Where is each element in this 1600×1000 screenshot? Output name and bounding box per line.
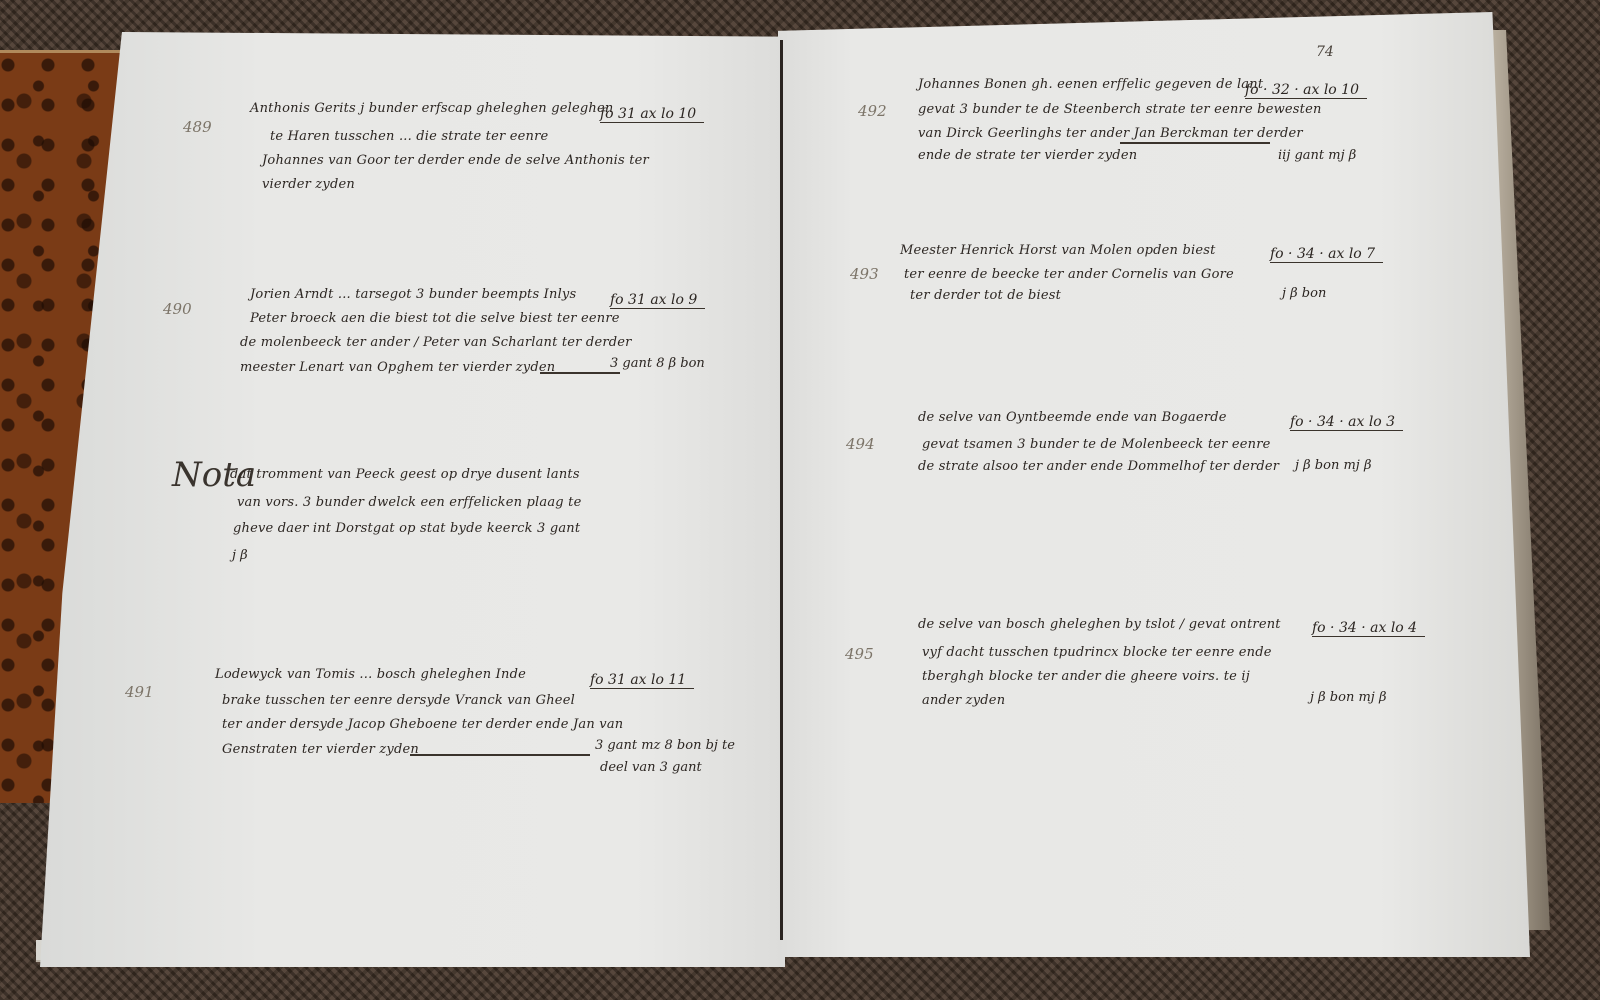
entry-line: vierder zyden [262, 172, 355, 197]
entry-line: meester Lenart van Opghem ter vierder zy… [240, 355, 555, 380]
amount-continued: deel van 3 gant [600, 760, 702, 775]
entry-line: ander zyden [922, 688, 1005, 713]
amount: j β bon [1282, 286, 1326, 301]
folio-reference: fo · 34 · ax lo 7 [1270, 246, 1383, 263]
entry-line: Meester Henrick Horst van Molen opden bi… [900, 238, 1216, 263]
folio-reference: fo 31 ax lo 11 [590, 672, 694, 689]
amount: iij gant mj β [1278, 148, 1356, 163]
entry-line: vyf dacht tusschen tpudrincx blocke ter … [922, 640, 1272, 665]
folio-number: 74 [1316, 44, 1334, 60]
entry-line: brake tusschen ter eenre dersyde Vranck … [222, 688, 575, 713]
amount: j β bon mj β [1295, 458, 1371, 473]
entry-line: de strate alsoo ter ander ende Dommelhof… [918, 454, 1279, 479]
folio-reference: fo 31 ax lo 9 [610, 292, 705, 309]
folio-reference: fo · 34 · ax lo 3 [1290, 414, 1403, 431]
entry-line: ende de strate ter vierder zyden [918, 143, 1137, 168]
entry-line: van vors. 3 bunder dwelck een erffelicke… [237, 490, 581, 515]
entry-number: 489 [183, 118, 212, 136]
entry-line: Johannes Bonen gh. eenen erffelic gegeve… [918, 72, 1263, 97]
entry-line: de selve van Oyntbeemde ende van Bogaerd… [918, 405, 1227, 430]
folio-reference: fo · 34 · ax lo 4 [1312, 620, 1425, 637]
right-page [778, 12, 1530, 957]
entry-number: 493 [850, 265, 879, 283]
entry-line: gevat 3 bunder te de Steenberch strate t… [918, 97, 1322, 122]
entry-line: Jorien Arndt ... tarsegot 3 bunder beemp… [250, 282, 576, 307]
entry-line: ter ander dersyde Jacop Gheboene ter der… [222, 712, 623, 737]
amount: 3 gant mz 8 bon bj te [595, 738, 735, 753]
entry-line: de molenbeeck ter ander / Peter van Scha… [240, 330, 632, 355]
entry-line: Lodewyck van Tomis ... bosch gheleghen I… [215, 662, 526, 687]
entry-number: 490 [163, 300, 192, 318]
entry-number: 495 [845, 645, 874, 663]
entry-line: Peter broeck aen die biest tot die selve… [250, 306, 620, 331]
entry-number: 494 [846, 435, 875, 453]
ledger-rule [1120, 142, 1270, 144]
book-gutter [780, 40, 783, 940]
ledger-rule [410, 754, 590, 756]
entry-number: 491 [125, 683, 154, 701]
folio-reference: fo · 32 · ax lo 10 [1245, 82, 1367, 99]
ledger-rule [540, 372, 620, 374]
entry-line: gheve daer int Dorstgat op stat byde kee… [233, 516, 580, 541]
entry-line: dat tromment van Peeck geest op drye dus… [230, 462, 580, 487]
amount: j β [232, 548, 248, 563]
entry-number: 492 [858, 102, 887, 120]
entry-line: te Haren tusschen ... die strate ter een… [270, 124, 548, 149]
amount: 3 gant 8 β bon [610, 356, 705, 371]
entry-line: ter derder tot de biest [910, 283, 1061, 308]
entry-line: de selve van bosch gheleghen by tslot / … [918, 612, 1281, 637]
amount: j β bon mj β [1310, 690, 1386, 705]
entry-line: Genstraten ter vierder zyden [222, 737, 419, 762]
folio-reference: fo 31 ax lo 10 [600, 106, 704, 123]
entry-line: tberghgh blocke ter ander die gheere voi… [922, 664, 1250, 689]
entry-line: Johannes van Goor ter derder ende de sel… [262, 148, 649, 173]
entry-line: Anthonis Gerits j bunder erfscap ghelegh… [250, 96, 613, 121]
